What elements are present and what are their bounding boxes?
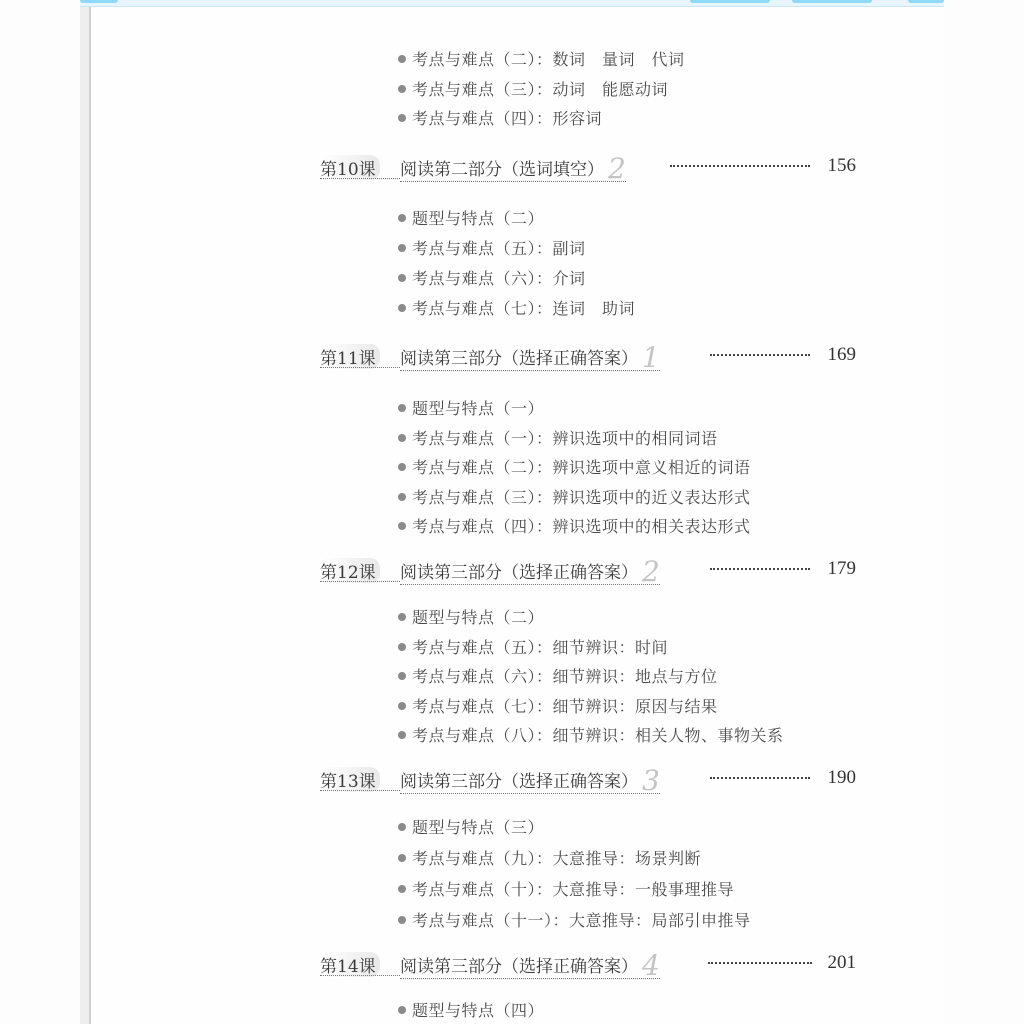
toc-item-label: 题型与特点（二） <box>412 608 544 627</box>
page-number: 169 <box>828 344 857 366</box>
lesson-title-text: 阅读第三部分（选择正确答案） <box>400 349 638 369</box>
bullet-icon <box>398 643 406 651</box>
toc-item[interactable]: 考点与难点（六）：介词 <box>398 266 586 289</box>
toc-item[interactable]: 考点与难点（五）：细节辨识：时间 <box>398 635 668 658</box>
toc-item-label: 考点与难点（九）：大意推导：场景判断 <box>412 849 701 868</box>
bullet-icon <box>398 55 406 63</box>
bullet-icon <box>398 214 406 222</box>
toc-item-label: 考点与难点（五）：细节辨识：时间 <box>412 638 668 657</box>
bullet-icon <box>398 463 406 471</box>
bullet-icon <box>398 672 406 680</box>
lesson-title: 阅读第三部分（选择正确答案）2 <box>400 558 660 585</box>
toc-item[interactable]: 考点与难点（二）：辨识选项中意义相近的词语 <box>398 455 751 478</box>
lesson-title: 阅读第三部分（选择正确答案）1 <box>400 344 660 371</box>
lesson-title: 阅读第三部分（选择正确答案）3 <box>400 767 660 794</box>
part-number: 3 <box>642 764 660 797</box>
toc-lesson-12[interactable]: 第12课 阅读第三部分（选择正确答案）2 179 <box>320 558 856 584</box>
toc-item-label: 考点与难点（五）：副词 <box>412 239 586 258</box>
toc-item[interactable]: 考点与难点（六）：细节辨识：地点与方位 <box>398 664 718 687</box>
bullet-icon <box>398 823 406 831</box>
toc-item-label: 考点与难点（七）：连词 助词 <box>412 299 635 318</box>
toc-item[interactable]: 考点与难点（十一）：大意推导：局部引申推导 <box>398 908 751 931</box>
dotted-underline <box>320 178 400 179</box>
toc-lesson-10[interactable]: 第10课 阅读第二部分（选词填空）2 156 <box>320 155 856 181</box>
bullet-icon <box>398 404 406 412</box>
lesson-title-text: 阅读第二部分（选词填空） <box>400 160 604 180</box>
lesson-title: 阅读第三部分（选择正确答案）4 <box>400 952 660 979</box>
toolbar-button-1[interactable] <box>690 0 770 3</box>
bullet-icon <box>398 885 406 893</box>
bullet-icon <box>398 114 406 122</box>
lesson-number: 第11课 <box>320 344 380 369</box>
toc-item-label: 考点与难点（四）：辨识选项中的相关表达形式 <box>412 517 751 536</box>
bullet-icon <box>398 854 406 862</box>
toc-item[interactable]: 题型与特点（二） <box>398 605 544 628</box>
bullet-icon <box>398 731 406 739</box>
toc-item-label: 考点与难点（一）：辨识选项中的相同词语 <box>412 429 718 448</box>
lesson-title-text: 阅读第三部分（选择正确答案） <box>400 957 638 977</box>
toc-item[interactable]: 考点与难点（四）：形容词 <box>398 106 602 129</box>
page-edge <box>80 7 91 1024</box>
page-number: 179 <box>828 558 857 580</box>
bullet-icon <box>398 702 406 710</box>
lesson-title-text: 阅读第三部分（选择正确答案） <box>400 563 638 583</box>
lesson-title-text: 阅读第三部分（选择正确答案） <box>400 772 638 792</box>
lesson-number: 第13课 <box>320 767 380 792</box>
bullet-icon <box>398 85 406 93</box>
toolbar-button-3[interactable] <box>908 0 944 3</box>
lesson-number: 第10课 <box>320 155 380 180</box>
bullet-icon <box>398 244 406 252</box>
dotted-underline <box>320 581 400 582</box>
bullet-icon <box>398 613 406 621</box>
dotted-underline <box>320 790 400 791</box>
toc-item-label: 题型与特点（三） <box>412 818 544 837</box>
toc-item[interactable]: 题型与特点（二） <box>398 206 544 229</box>
bullet-icon <box>398 274 406 282</box>
toc-item[interactable]: 考点与难点（五）：副词 <box>398 236 586 259</box>
toc-item-label: 考点与难点（四）：形容词 <box>412 109 602 128</box>
toc-item[interactable]: 考点与难点（十）：大意推导：一般事理推导 <box>398 877 734 900</box>
toc-item-label: 考点与难点（三）：动词 能愿动词 <box>412 80 668 99</box>
toc-item[interactable]: 考点与难点（一）：辨识选项中的相同词语 <box>398 426 718 449</box>
toc-lesson-11[interactable]: 第11课 阅读第三部分（选择正确答案）1 169 <box>320 344 856 370</box>
toc-item-label: 考点与难点（二）：辨识选项中意义相近的词语 <box>412 458 751 477</box>
bullet-icon <box>398 434 406 442</box>
dot-leader <box>708 962 812 964</box>
toc-item-label: 考点与难点（二）：数词 量词 代词 <box>412 50 685 69</box>
bullet-icon <box>398 304 406 312</box>
page-number: 190 <box>828 767 857 789</box>
toc-item[interactable]: 考点与难点（七）：连词 助词 <box>398 296 635 319</box>
viewer-toolbar <box>80 0 944 7</box>
toc-item[interactable]: 考点与难点（九）：大意推导：场景判断 <box>398 846 701 869</box>
bullet-icon <box>398 916 406 924</box>
toc-item[interactable]: 考点与难点（二）：数词 量词 代词 <box>398 47 685 70</box>
dotted-underline <box>320 367 400 368</box>
toc-item-label: 题型与特点（四） <box>412 1001 544 1020</box>
bullet-icon <box>398 1006 406 1014</box>
dot-leader <box>710 354 810 356</box>
part-number: 2 <box>608 152 626 185</box>
toc-lesson-13[interactable]: 第13课 阅读第三部分（选择正确答案）3 190 <box>320 767 856 793</box>
toc-item[interactable]: 题型与特点（三） <box>398 815 544 838</box>
toc-item-label: 考点与难点（六）：介词 <box>412 269 586 288</box>
lesson-number: 第14课 <box>320 952 380 977</box>
part-number: 2 <box>642 555 660 588</box>
toc-lesson-14[interactable]: 第14课 阅读第三部分（选择正确答案）4 201 <box>320 952 856 978</box>
dot-leader <box>670 165 810 167</box>
lesson-number: 第12课 <box>320 558 380 583</box>
toc-item[interactable]: 题型与特点（一） <box>398 396 544 419</box>
dot-leader <box>710 777 810 779</box>
toc-item[interactable]: 考点与难点（三）：动词 能愿动词 <box>398 77 668 100</box>
toc-item-label: 考点与难点（七）：细节辨识：原因与结果 <box>412 697 718 716</box>
dot-leader <box>710 568 810 570</box>
part-number: 4 <box>642 949 660 982</box>
toolbar-button-2[interactable] <box>792 0 872 3</box>
toc-item-label: 考点与难点（八）：细节辨识：相关人物、事物关系 <box>412 726 784 745</box>
toc-item-label: 考点与难点（十一）：大意推导：局部引申推导 <box>412 911 751 930</box>
page-number: 156 <box>828 155 857 177</box>
toc-item[interactable]: 考点与难点（八）：细节辨识：相关人物、事物关系 <box>398 723 784 746</box>
toolbar-button-left[interactable] <box>80 0 118 3</box>
toc-item-label: 考点与难点（十）：大意推导：一般事理推导 <box>412 880 734 899</box>
toc-item-label: 题型与特点（二） <box>412 209 544 228</box>
toc-item[interactable]: 题型与特点（四） <box>398 998 544 1021</box>
toc-item[interactable]: 考点与难点（四）：辨识选项中的相关表达形式 <box>398 514 751 537</box>
toc-item-label: 题型与特点（一） <box>412 399 544 418</box>
bullet-icon <box>398 522 406 530</box>
toc-item-label: 考点与难点（六）：细节辨识：地点与方位 <box>412 667 718 686</box>
page-number: 201 <box>828 952 857 974</box>
lesson-title: 阅读第二部分（选词填空）2 <box>400 155 626 182</box>
toc-item[interactable]: 考点与难点（三）：辨识选项中的近义表达形式 <box>398 485 751 508</box>
dotted-underline <box>320 975 400 976</box>
part-number: 1 <box>642 341 660 374</box>
toc-item-label: 考点与难点（三）：辨识选项中的近义表达形式 <box>412 488 751 507</box>
toc-item[interactable]: 考点与难点（七）：细节辨识：原因与结果 <box>398 694 718 717</box>
bullet-icon <box>398 493 406 501</box>
